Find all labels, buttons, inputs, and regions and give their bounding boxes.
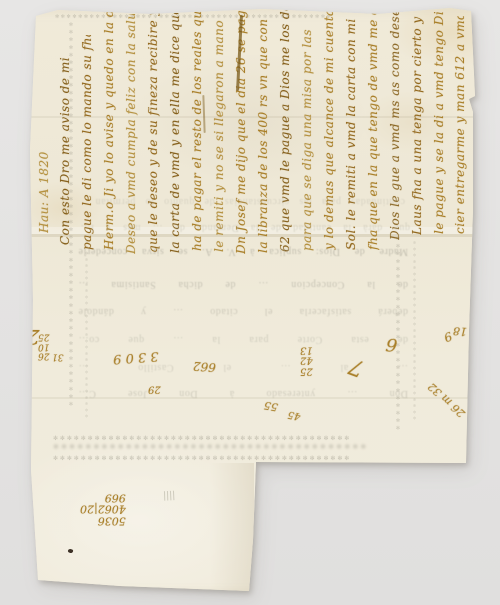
printed-line: continuadas para las circunstancias de q… [95,196,405,207]
printed-line: deberá satisfacerla el citado … y dándol… [78,306,408,317]
handwriting-column: Laus fha a una tenga por cierto y [409,10,426,235]
fraction-block: 25 42 13 [300,344,313,376]
number-662: 662 [193,359,217,373]
printed-line: de la Concepcion … de dicha Santisima … [78,279,408,290]
handwriting-column: para que se diga una misa por las [299,13,316,251]
tally-marks: |||| [163,490,176,500]
digit-row: 3 3 0 9 [113,348,159,365]
handwriting-column: le pague y se la di a vmd tengo Dios [431,12,448,234]
handwriting-column: 62 que vmd le pague a Dios me los de [277,10,294,252]
number-9-curl: 9 [442,329,453,343]
handwriting-column: Herm.o Ji yo lo avise y quedo en la de [101,12,118,250]
diagonal-figure: 26 m 32 [426,380,467,419]
number-6-large: 6 [385,333,399,353]
fold-crease-main [31,234,473,237]
handwriting-column: Con esto Dro me aviso de mi fha [57,55,74,245]
ornament-border-column: ✻ ✻ ✻ ✻ ✻ ✻ ✻ ✻ ✻ ✻ ✻ ✻ ✻ ✻ ✻ ✻ ✻ ✻ ✻ ✻ … [84,238,89,456]
paper-shadow-wrap: ✻ ✻ ✻ ✻ ✻ ✻ ✻ ✻ ✻ ✻ ✻ ✻ ✻ ✻ ✻ ✻ ✻ ✻ ✻ ✻ … [0,0,500,605]
printed-line: Don … ynteresado à Don Jose C… [78,388,408,399]
number-29: 29 [148,383,161,394]
margin-small-column: 26 10 25 [38,331,49,359]
printed-line: Madre de Dios: suplica à V. A. se sirva … [78,246,408,257]
calc-block: 5036 4062|20 969 [80,492,126,527]
number-45: 45 [287,408,302,421]
flap-edge-shading [210,463,254,593]
handwriting-column: pague le di como lo mando su fha y [79,35,96,250]
paper-sheet: ✻ ✻ ✻ ✻ ✻ ✻ ✻ ✻ ✻ ✻ ✻ ✻ ✻ ✻ ✻ ✻ ✻ ✻ ✻ ✻ … [0,0,500,605]
handwriting-column: le remiti y no se si llegaron a mano [211,14,228,252]
margin-number-31: 31 [52,351,63,360]
handwriting-column: que le deseo y de su fineza recibire y [145,10,162,253]
handwriting-column: Dn Josef me dijo que el dia 26 se pago [233,10,250,254]
ornament-border-row: ✻ ✻ ✻ ✻ ✻ ✻ ✻ ✻ ✻ ✻ ✻ ✻ ✻ ✻ ✻ ✻ ✻ ✻ ✻ ✻ … [53,443,465,451]
handwriting-column: Hau: A 1820 [36,148,53,233]
number-18: 18 [453,325,468,337]
handwriting-column: y lo demas que alcance de mi cuenta se [321,10,338,250]
printed-line: de esta Corte para la … que co… [78,334,408,345]
handwriting-column: fha que en la que tengo de vmd me dice [365,10,382,250]
number-7-large: 7 [346,353,367,379]
margin-number-22: 22 [14,326,39,347]
handwriting-column: Deseo a vmd cumpla feliz con la salud [123,14,140,254]
fold-crease-upper [31,116,473,118]
ink-speck [67,548,73,554]
handwriting-column: la carta de vmd y en ella me dice que [167,13,184,253]
printed-line: que darà la cantidad de la Demanda de … … [80,222,410,233]
handwriting-column: cier entregarme y man 612 a vmd tenga [452,16,469,234]
number-55: 55 [263,399,279,413]
handwriting-column: la libranza de los 400 rs vn que con [255,13,272,253]
handwriting-column: Sol. le remiti a vmd la carta con mi [343,14,360,250]
manuscript-photo: ✻ ✻ ✻ ✻ ✻ ✻ ✻ ✻ ✻ ✻ ✻ ✻ ✻ ✻ ✻ ✻ ✻ ✻ ✻ ✻ … [0,0,500,605]
ornament-border-row: ✻ ✻ ✻ ✻ ✻ ✻ ✻ ✻ ✻ ✻ ✻ ✻ ✻ ✻ ✻ ✻ ✻ ✻ ✻ ✻ … [53,435,465,442]
ornament-border-row: ✻ ✻ ✻ ✻ ✻ ✻ ✻ ✻ ✻ ✻ ✻ ✻ ✻ ✻ ✻ ✻ ✻ ✻ ✻ ✻ … [53,455,465,462]
ornament-border-column: ✻ ✻ ✻ ✻ ✻ ✻ ✻ ✻ ✻ ✻ ✻ ✻ ✻ ✻ ✻ ✻ ✻ ✻ ✻ ✻ … [412,240,417,458]
